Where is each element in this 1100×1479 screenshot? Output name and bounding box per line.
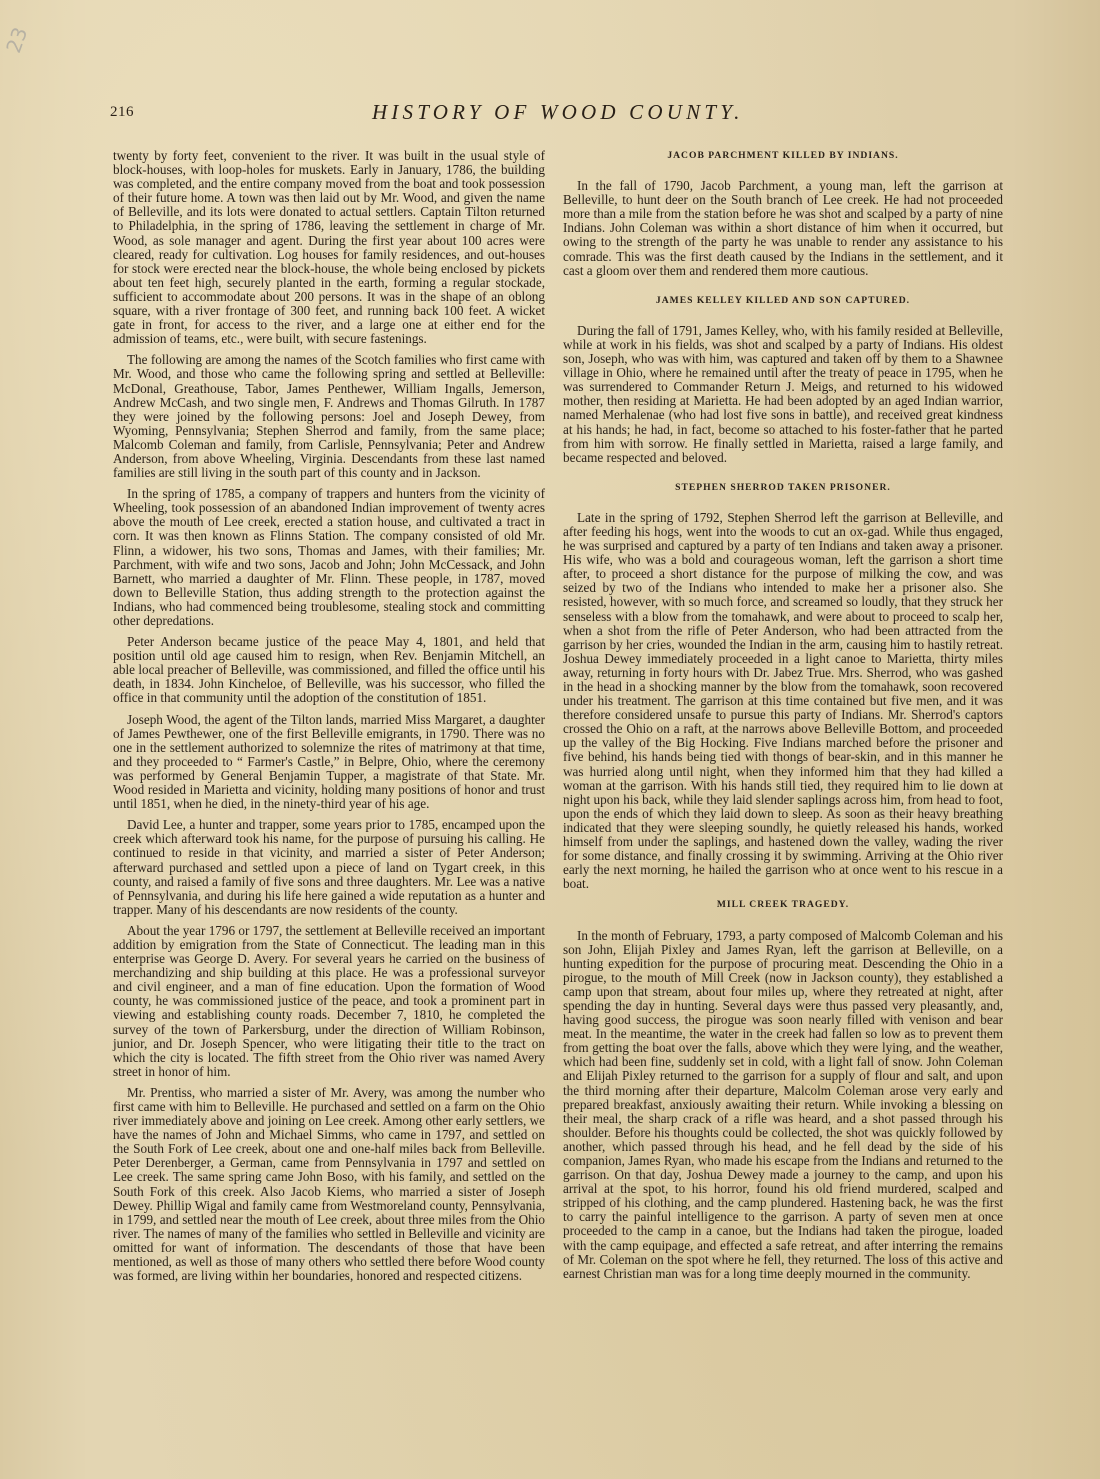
paragraph: Mr. Prentiss, who married a sister of Mr… — [113, 1086, 545, 1283]
paragraph: David Lee, a hunter and trapper, some ye… — [113, 818, 545, 917]
paragraph: About the year 1796 or 1797, the settlem… — [113, 924, 545, 1079]
paragraph-continued: twenty by forty feet, convenient to the … — [113, 149, 545, 346]
page-header: 216 HISTORY OF WOOD COUNTY. — [110, 100, 990, 130]
pencil-margin-note: 23 — [1, 24, 32, 56]
section-mill-creek: MILL CREEK TRAGEDY. In the month of Febr… — [563, 898, 1003, 1280]
right-column: JACOB PARCHMENT KILLED BY INDIANS. In th… — [563, 149, 1003, 1288]
paragraph: In the spring of 1785, a company of trap… — [113, 487, 545, 628]
section-jacob-parchment: JACOB PARCHMENT KILLED BY INDIANS. In th… — [563, 149, 1003, 278]
paragraph: In the month of February, 1793, a party … — [563, 929, 1003, 1281]
running-title: HISTORY OF WOOD COUNTY. — [372, 100, 744, 125]
book-page: 23 216 HISTORY OF WOOD COUNTY. twenty by… — [0, 0, 1100, 1479]
paragraph: During the fall of 1791, James Kelley, w… — [563, 324, 1003, 465]
left-column: twenty by forty feet, convenient to the … — [113, 149, 545, 1290]
section-stephen-sherrod: STEPHEN SHERROD TAKEN PRISONER. Late in … — [563, 481, 1003, 892]
paragraph: In the fall of 1790, Jacob Parchment, a … — [563, 179, 1003, 278]
paragraph: Peter Anderson became justice of the pea… — [113, 635, 545, 705]
section-heading: STEPHEN SHERROD TAKEN PRISONER. — [563, 481, 1003, 495]
paragraph: Late in the spring of 1792, Stephen Sher… — [563, 511, 1003, 892]
paragraph: Joseph Wood, the agent of the Tilton lan… — [113, 713, 545, 812]
section-heading: JACOB PARCHMENT KILLED BY INDIANS. — [563, 149, 1003, 163]
paragraph: The following are among the names of the… — [113, 353, 545, 480]
section-heading: MILL CREEK TRAGEDY. — [563, 898, 1003, 912]
section-james-kelley: JAMES KELLEY KILLED AND SON CAPTURED. Du… — [563, 294, 1003, 465]
page-number: 216 — [110, 104, 134, 121]
section-heading: JAMES KELLEY KILLED AND SON CAPTURED. — [563, 294, 1003, 308]
